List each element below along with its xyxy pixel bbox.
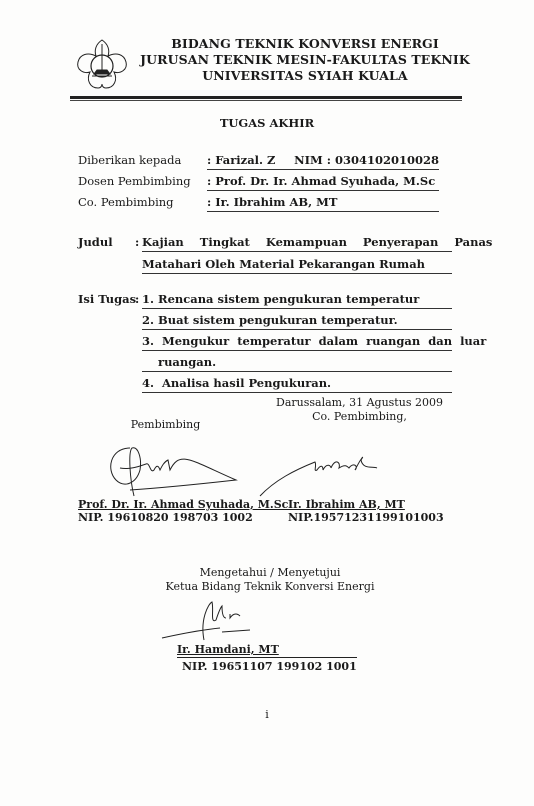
approver-nip: NIP. 19651107 199102 1001 — [182, 660, 357, 673]
co-supervisor-name: Ir. Ibrahim AB, MT — [288, 498, 405, 511]
task-item-3: 3. Mengukur temperatur dalam ruangan dan… — [142, 334, 452, 351]
co-supervisor-role: Co. Pembimbing, — [262, 410, 457, 423]
approver-signature-icon — [160, 600, 280, 645]
approval-line-1: Mengetahui / Menyetujui — [120, 566, 420, 579]
approval-line-2: Ketua Bidang Teknik Konversi Energi — [120, 580, 420, 593]
document-title: TUGAS AKHIR — [0, 116, 534, 130]
supervisor-name: Prof. Dr. Ir. Ahmad Syuhada, M.Sc — [78, 498, 288, 511]
field-label-co-supervisor: Co. Pembimbing — [78, 195, 174, 209]
header-divider — [70, 96, 462, 99]
judul-line-2: Matahari Oleh Material Pekarangan Rumah — [142, 257, 452, 274]
recipient-name: : Farizal. Z — [207, 153, 275, 167]
task-item-4: 4. Analisa hasil Pengukuran. — [142, 376, 452, 393]
judul-label: Judul — [78, 235, 113, 249]
supervisor-role: Pembimbing — [78, 418, 253, 431]
task-item-3-cont: ruangan. — [142, 355, 452, 372]
supervisor-nip: NIP. 19610820 198703 1002 — [78, 511, 253, 524]
co-supervisor-signature-icon — [255, 440, 425, 500]
task-item-1: 1. Rencana sistem pengukuran temperatur — [142, 292, 452, 309]
task-item-2: 2. Buat sistem pengukuran temperatur. — [142, 313, 452, 330]
field-value-co-supervisor: : Ir. Ibrahim AB, MT — [207, 195, 439, 212]
judul-colon: : — [135, 235, 139, 249]
supervisor-signature-icon — [100, 440, 240, 500]
header-line-3: UNIVERSITAS SYIAH KUALA — [140, 68, 470, 84]
field-value-recipient: : Farizal. Z NIM : 0304102010028 — [207, 153, 439, 170]
university-emblem-icon — [74, 36, 130, 92]
isi-tugas-colon: : — [135, 292, 139, 306]
field-label-supervisor: Dosen Pembimbing — [78, 174, 191, 188]
isi-tugas-label: Isi Tugas — [78, 292, 136, 306]
place-date: Darussalam, 31 Agustus 2009 — [262, 396, 457, 409]
approver-name-text: Ir. Hamdani, MT — [177, 643, 279, 656]
field-value-supervisor: : Prof. Dr. Ir. Ahmad Syuhada, M.Sc — [207, 174, 439, 191]
co-supervisor-nip: NIP.19571231199101003 — [288, 511, 444, 524]
header-line-2: JURUSAN TEKNIK MESIN-FAKULTAS TEKNIK — [140, 52, 470, 68]
header-line-1: BIDANG TEKNIK KONVERSI ENERGI — [140, 36, 470, 52]
student-id: NIM : 0304102010028 — [294, 153, 439, 167]
page-number: i — [0, 708, 534, 721]
header-divider-thin — [70, 100, 462, 101]
approver-name: Ir. Hamdani, MT — [177, 643, 357, 658]
field-label-recipient: Diberikan kepada — [78, 153, 181, 167]
judul-line-1: Kajian Tingkat Kemampuan Penyerapan Pana… — [142, 235, 452, 252]
